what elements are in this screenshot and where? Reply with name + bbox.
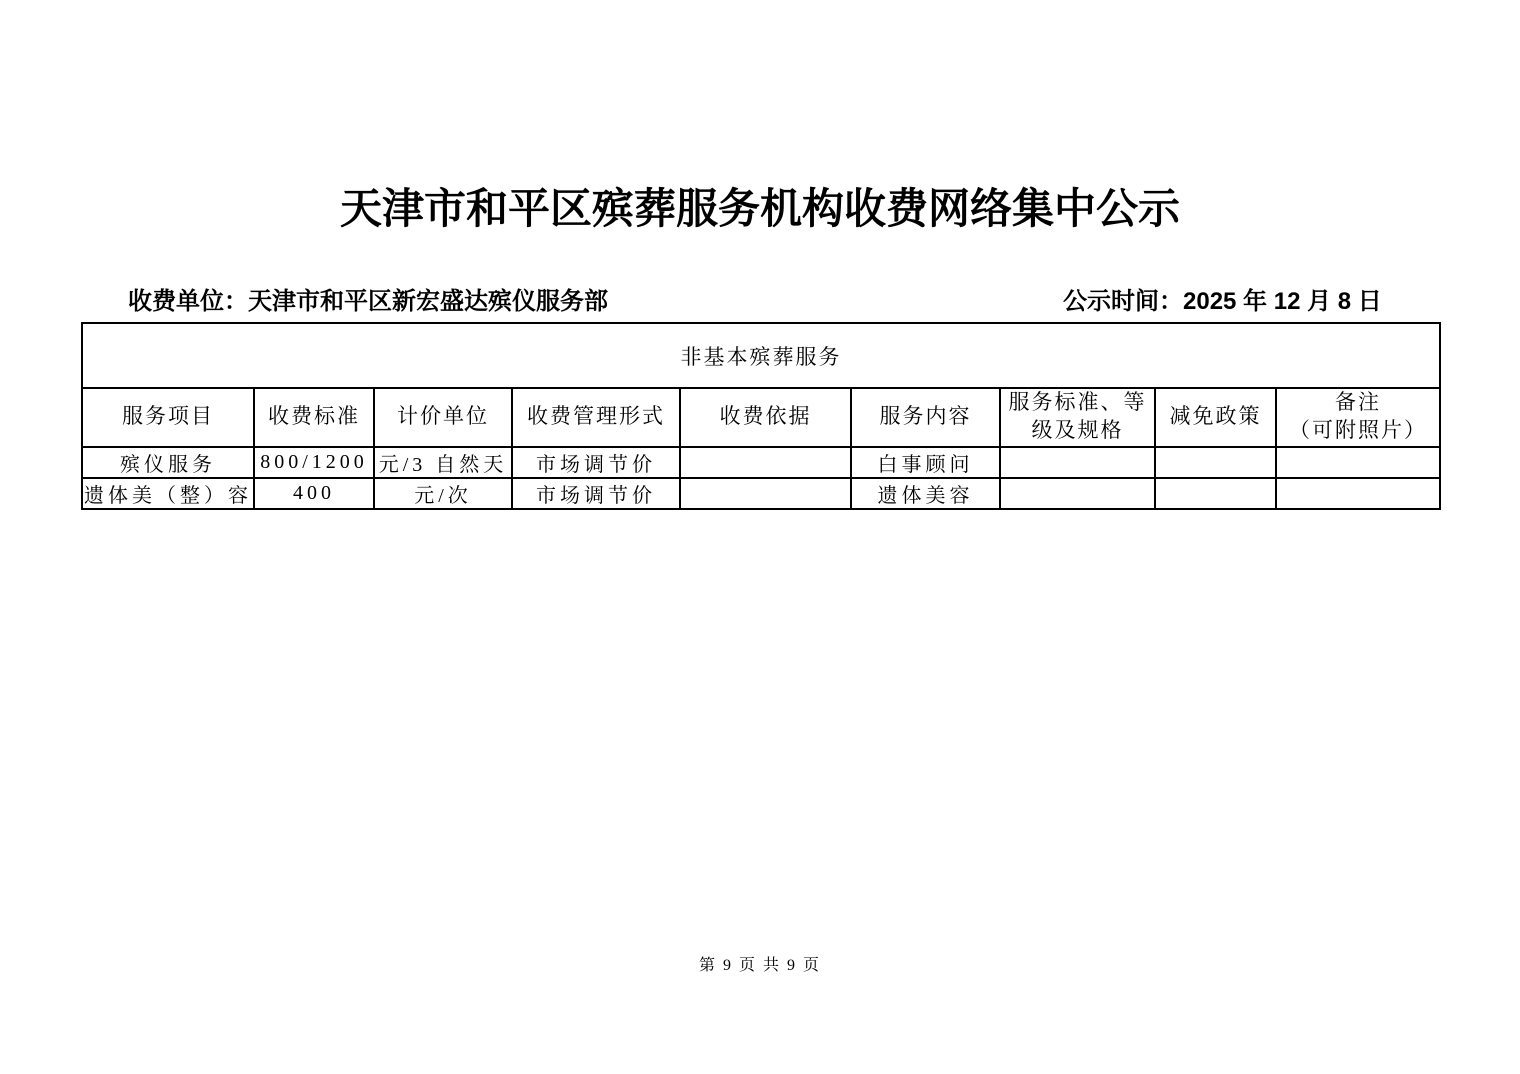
cell-service-standard-grade-spec [1000,447,1155,478]
col-header-pricing-unit: 计价单位 [374,388,512,447]
publicity-date-label: 公示时间： [1063,288,1183,315]
cell-service-item: 遗体美（整）容 [82,478,254,509]
fee-table: 非基本殡葬服务 服务项目 收费标准 计价单位 收费管理形式 收费依据 服务内容 … [81,322,1441,510]
table-row: 遗体美（整）容 400 元/次 市场调节价 遗体美容 [82,478,1440,509]
publicity-date: 公示时间：2025 年 12 月 8 日 [1063,281,1382,316]
cell-service-standard-grade-spec [1000,478,1155,509]
col-header-reduction-policy: 减免政策 [1155,388,1276,447]
cell-pricing-unit: 元/3 自然天 [374,447,512,478]
charging-unit: 收费单位：天津市和平区新宏盛达殡仪服务部 [128,281,608,316]
cell-reduction-policy [1155,447,1276,478]
table-section-row: 非基本殡葬服务 [82,323,1440,388]
table-header-row: 服务项目 收费标准 计价单位 收费管理形式 收费依据 服务内容 服务标准、等 级… [82,388,1440,447]
cell-fee-basis [680,478,851,509]
document-page: 天津市和平区殡葬服务机构收费网络集中公示 收费单位：天津市和平区新宏盛达殡仪服务… [0,0,1520,1074]
col-header-remarks: 备注 （可附照片） [1276,388,1440,447]
cell-remarks [1276,447,1440,478]
cell-fee-basis [680,447,851,478]
table-section-title: 非基本殡葬服务 [82,323,1440,388]
publicity-date-value: 2025 年 12 月 8 日 [1183,288,1382,315]
cell-fee-standard: 800/1200 [254,447,374,478]
page-title: 天津市和平区殡葬服务机构收费网络集中公示 [0,176,1520,236]
col-header-service-standard-grade-spec: 服务标准、等 级及规格 [1000,388,1155,447]
cell-service-content: 遗体美容 [851,478,1000,509]
cell-fee-management-form: 市场调节价 [512,447,680,478]
table-row: 殡仪服务 800/1200 元/3 自然天 市场调节价 白事顾问 [82,447,1440,478]
col-header-service-content: 服务内容 [851,388,1000,447]
cell-service-item: 殡仪服务 [82,447,254,478]
col-header-fee-management-form: 收费管理形式 [512,388,680,447]
cell-service-content: 白事顾问 [851,447,1000,478]
col-header-fee-standard: 收费标准 [254,388,374,447]
info-row: 收费单位：天津市和平区新宏盛达殡仪服务部 公示时间：2025 年 12 月 8 … [0,281,1520,311]
cell-pricing-unit: 元/次 [374,478,512,509]
cell-reduction-policy [1155,478,1276,509]
charging-unit-label: 收费单位： [128,288,248,315]
col-header-fee-basis: 收费依据 [680,388,851,447]
charging-unit-value: 天津市和平区新宏盛达殡仪服务部 [248,288,608,315]
cell-fee-standard: 400 [254,478,374,509]
cell-remarks [1276,478,1440,509]
page-number: 第 9 页 共 9 页 [0,952,1520,975]
col-header-service-item: 服务项目 [82,388,254,447]
cell-fee-management-form: 市场调节价 [512,478,680,509]
